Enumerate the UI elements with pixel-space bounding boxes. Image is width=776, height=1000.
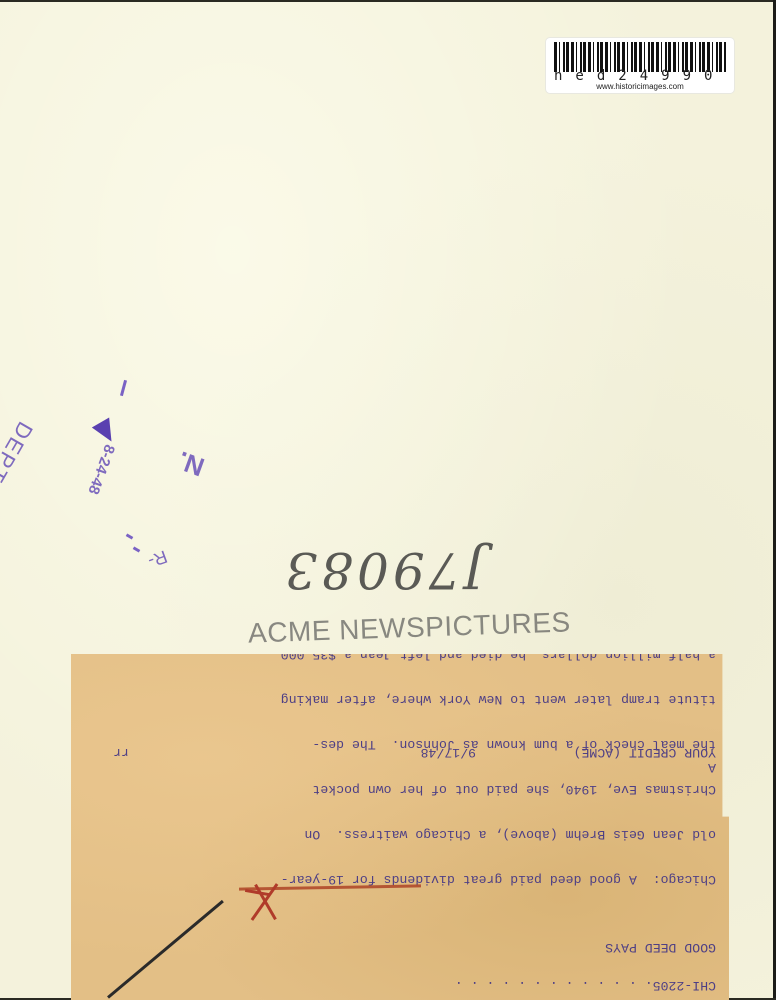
caption-credit: YOUR CREDIT (ACME) [574,745,716,760]
scan-edge-top [0,0,776,2]
handwritten-number: J79083 [268,530,498,610]
barcode-sticker: ned24990 www.historicimages.com [546,38,734,93]
barcode-code: ned24990 [554,69,726,83]
caption-date: 9/17/48 [421,745,476,760]
caption-body-line: old Jean Geis Brehm (above), a Chicago w… [281,827,716,842]
caption-headline: GOOD DEED PAYS [605,940,716,955]
caption-body-line: titute tramp later went to New York wher… [281,692,716,707]
caption-slip: CHI-2205. . . . . . . . . . . . . GOOD D… [71,654,729,1000]
caption-credit-a: A [708,760,716,775]
caption-text: CHI-2205. . . . . . . . . . . . . GOOD D… [71,654,729,1000]
caption-initials: rr [113,745,129,760]
caption-slug: CHI-2205. . . . . . . . . . . . . [455,978,716,993]
caption-body-line: Christmas Eve, 1940, she paid out of her… [281,782,716,797]
barcode-url: www.historicimages.com [546,82,734,91]
